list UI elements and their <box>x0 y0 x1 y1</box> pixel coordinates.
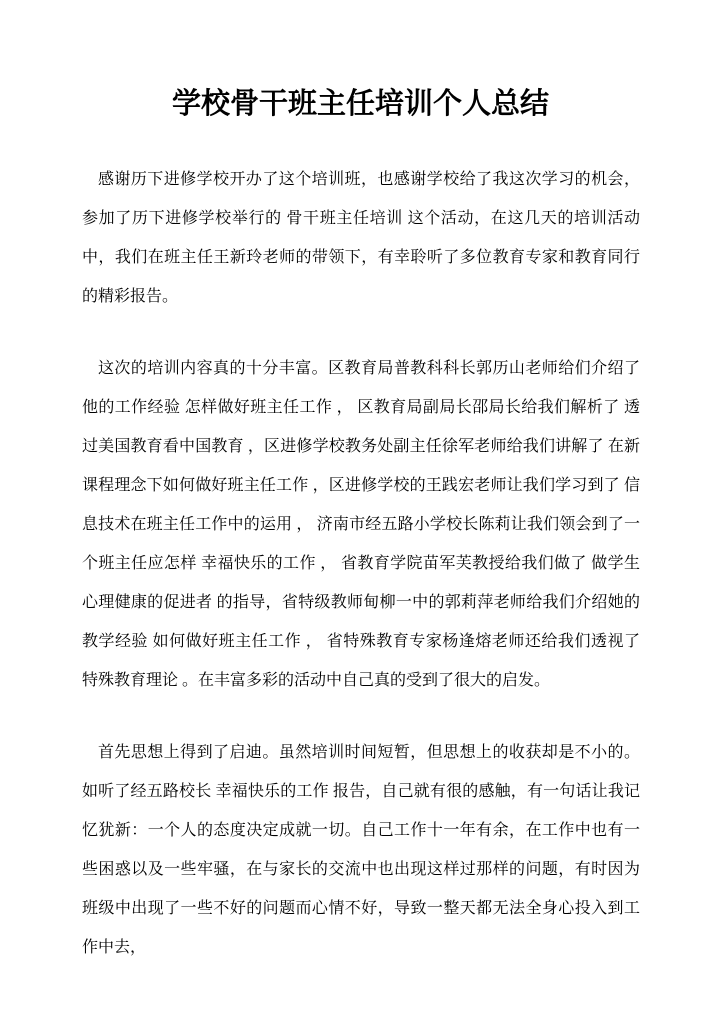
document-title: 学校骨干班主任培训个人总结 <box>0 84 721 124</box>
document-page: 学校骨干班主任培训个人总结 感谢历下进修学校开办了这个培训班，也感谢学校给了我这… <box>0 0 721 1020</box>
paragraph-1: 感谢历下进修学校开办了这个培训班，也感谢学校给了我这次学习的机会，参加了历下进修… <box>82 160 640 316</box>
document-body: 感谢历下进修学校开办了这个培训班，也感谢学校给了我这次学习的机会，参加了历下进修… <box>82 160 640 967</box>
paragraph-2: 这次的培训内容真的十分丰富。区教育局普教科科长郭历山老师给们介绍了他的工作经验 … <box>82 349 640 700</box>
paragraph-3: 首先思想上得到了启迪。虽然培训时间短暂，但思想上的收获却是不小的。如听了经五路校… <box>82 733 640 967</box>
